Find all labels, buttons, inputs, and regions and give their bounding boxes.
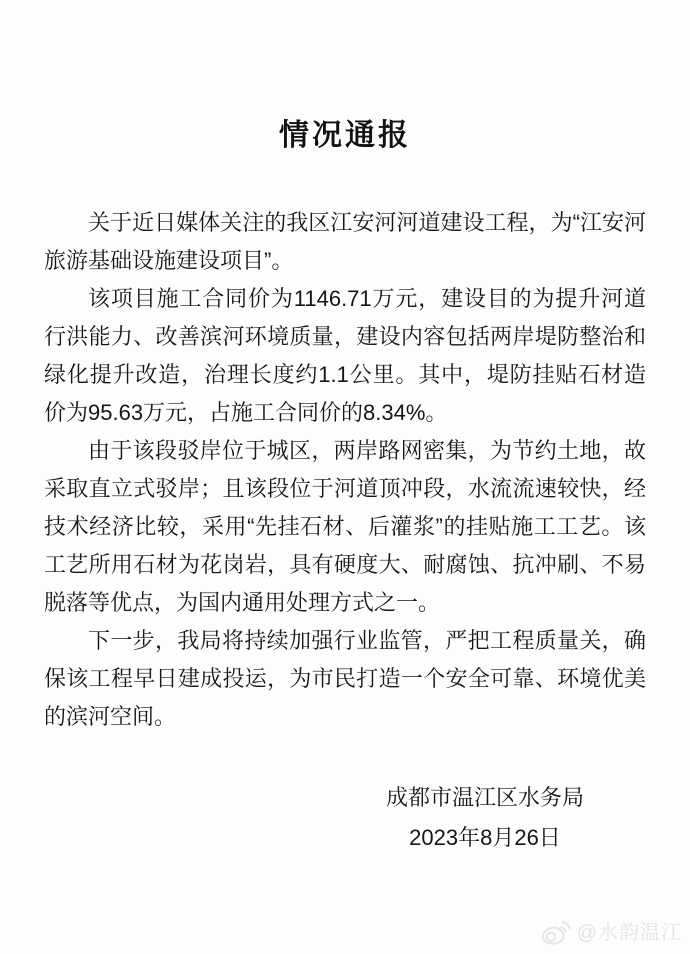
paragraph-2: 该项目施工合同价为1146.71万元，建设目的为提升河道行洪能力、改善滨河环境质… <box>44 280 646 432</box>
signature-block: 成都市温江区水务局 2023年8月26日 <box>386 778 584 858</box>
paragraph-1: 关于近日媒体关注的我区江安河河道建设工程，为“江安河旅游基础设施建设项目”。 <box>44 204 646 280</box>
notice-body: 关于近日媒体关注的我区江安河河道建设工程，为“江安河旅游基础设施建设项目”。 该… <box>44 204 646 736</box>
paragraph-4: 下一步，我局将持续加强行业监管，严把工程质量关，确保该工程早日建成投运，为市民打… <box>44 622 646 736</box>
watermark: @水韵温江 <box>540 919 682 946</box>
issue-date: 2023年8月26日 <box>386 818 584 858</box>
notice-page: 情况通报 关于近日媒体关注的我区江安河河道建设工程，为“江安河旅游基础设施建设项… <box>0 0 690 954</box>
page-title: 情况通报 <box>0 116 690 156</box>
weibo-icon <box>540 919 572 946</box>
paragraph-3: 由于该段驳岸位于城区，两岸路网密集，为节约土地，故采取直立式驳岸；且该段位于河道… <box>44 432 646 622</box>
watermark-text: @水韵温江 <box>577 923 682 943</box>
issuing-authority: 成都市温江区水务局 <box>386 778 584 818</box>
